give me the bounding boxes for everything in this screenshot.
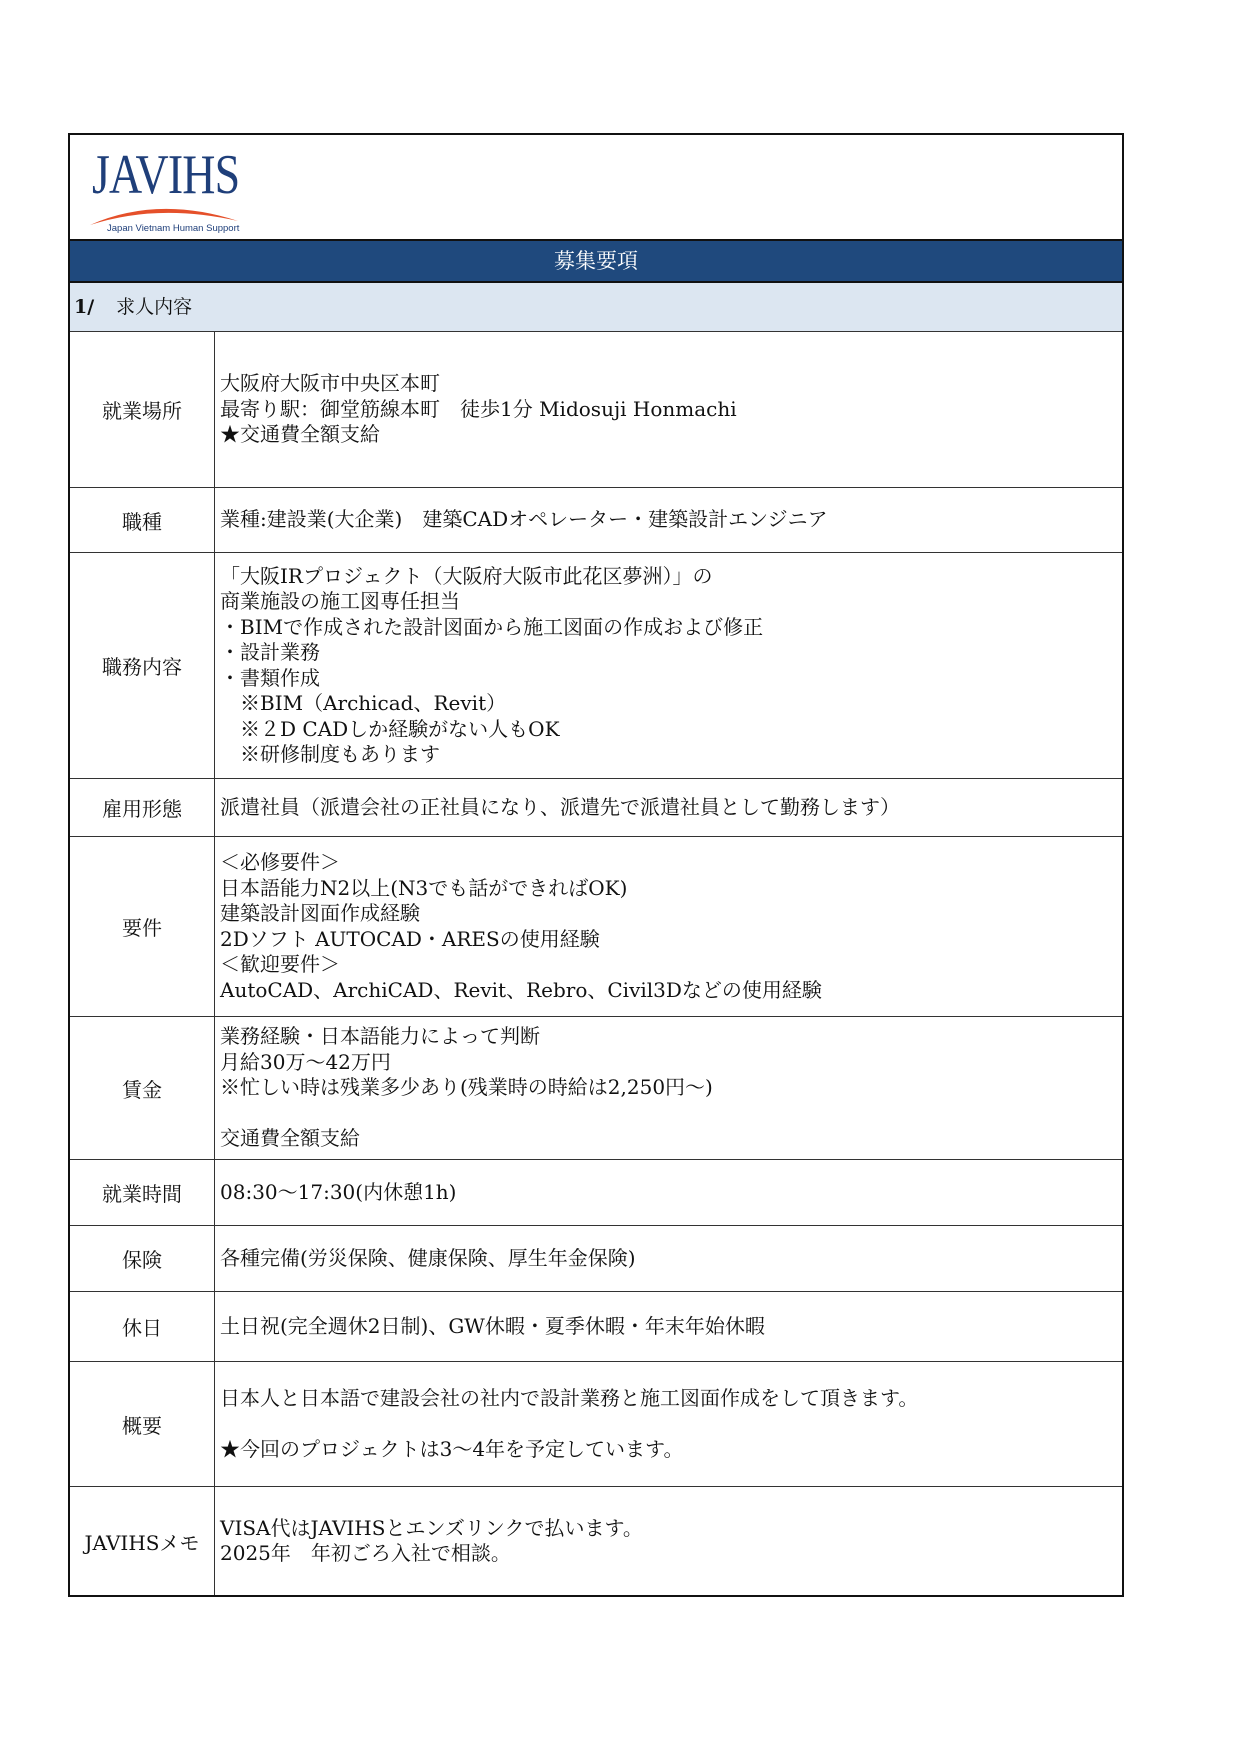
value-line: 08:30～17:30(内休憩1h): [220, 1180, 1122, 1206]
row-label: 休日: [70, 1292, 215, 1361]
logo-header: JAVIHS Japan Vietnam Human Support: [70, 135, 1122, 241]
row-label: 保険: [70, 1226, 215, 1291]
value-line: 業務経験・日本語能力によって判断: [220, 1024, 1122, 1050]
row-label: 要件: [70, 837, 215, 1016]
page-title: 募集要項: [70, 241, 1122, 283]
logo-wordmark: JAVIHS: [92, 143, 239, 207]
row-value: 土日祝(完全週休2日制)、GW休暇・夏季休暇・年末年始休暇: [215, 1292, 1122, 1361]
value-line: 各種完備(労災保険、健康保険、厚生年金保険): [220, 1246, 1122, 1272]
value-line: 商業施設の施工図専任担当: [220, 589, 1122, 615]
value-line: [220, 1101, 1122, 1127]
row-label: 就業場所: [70, 332, 215, 487]
job-posting-sheet: JAVIHS Japan Vietnam Human Support 募集要項 …: [68, 133, 1124, 1597]
row-label: 職務内容: [70, 553, 215, 778]
row-label: 職種: [70, 488, 215, 552]
logo-tagline: Japan Vietnam Human Support: [107, 223, 239, 234]
table-row: 休日土日祝(完全週休2日制)、GW休暇・夏季休暇・年末年始休暇: [70, 1292, 1122, 1362]
value-line: ・BIMで作成された設計図面から施工図面の作成および修正: [220, 615, 1122, 641]
value-line: 業種:建設業(大企業) 建築CADオペレーター・建築設計エンジニア: [220, 507, 1122, 533]
value-line: AutoCAD、ArchiCAD、Revit、Rebro、Civil3Dなどの使…: [220, 978, 1122, 1004]
section-title: 求人内容: [116, 296, 192, 318]
value-line: 交通費全額支給: [220, 1126, 1122, 1152]
value-line: 日本人と日本語で建設会社の社内で設計業務と施工図面作成をして頂きます。: [220, 1386, 1122, 1412]
value-line: 日本語能力N2以上(N3でも話ができればOK): [220, 876, 1122, 902]
table-row: 職務内容「大阪IRプロジェクト（大阪府大阪市此花区夢洲）」の商業施設の施工図専任…: [70, 553, 1122, 779]
table-row: 賃金業務経験・日本語能力によって判断月給30万～42万円※忙しい時は残業多少あり…: [70, 1017, 1122, 1160]
row-value: 派遣社員（派遣会社の正社員になり、派遣先で派遣社員として勤務します）: [215, 779, 1122, 836]
value-line: ※忙しい時は残業多少あり(残業時の時給は2,250円～): [220, 1075, 1122, 1101]
row-value: 業務経験・日本語能力によって判断月給30万～42万円※忙しい時は残業多少あり(残…: [215, 1017, 1122, 1159]
row-value: 日本人と日本語で建設会社の社内で設計業務と施工図面作成をして頂きます。★今回のプ…: [215, 1362, 1122, 1486]
value-line: ★交通費全額支給: [220, 422, 1122, 448]
table-row: 職種業種:建設業(大企業) 建築CADオペレーター・建築設計エンジニア: [70, 488, 1122, 553]
value-line: ※２D CADしか経験がない人もOK: [220, 717, 1122, 743]
value-line: 2Dソフト AUTOCAD・ARESの使用経験: [220, 927, 1122, 953]
table-row: 要件＜必修要件＞日本語能力N2以上(N3でも話ができればOK)建築設計図面作成経…: [70, 837, 1122, 1017]
row-label: 雇用形態: [70, 779, 215, 836]
value-line: ＜歓迎要件＞: [220, 952, 1122, 978]
value-line: ※BIM（Archicad、Revit）: [220, 691, 1122, 717]
value-line: ★今回のプロジェクトは3～4年を予定しています。: [220, 1437, 1122, 1463]
table-row: 概要日本人と日本語で建設会社の社内で設計業務と施工図面作成をして頂きます。★今回…: [70, 1362, 1122, 1487]
row-label: JAVIHSメモ: [70, 1487, 215, 1595]
value-line: 最寄り駅：御堂筋線本町 徒歩1分 Midosuji Honmachi: [220, 397, 1122, 423]
value-line: 「大阪IRプロジェクト（大阪府大阪市此花区夢洲）」の: [220, 564, 1122, 590]
row-value: 08:30～17:30(内休憩1h): [215, 1160, 1122, 1225]
value-line: 派遣社員（派遣会社の正社員になり、派遣先で派遣社員として勤務します）: [220, 795, 1122, 821]
table-row: JAVIHSメモVISA代はJAVIHSとエンズリンクで払います。2025年 年…: [70, 1487, 1122, 1595]
value-line: [220, 1411, 1122, 1437]
section-header: 1/求人内容: [70, 283, 1122, 332]
value-line: ※研修制度もあります: [220, 742, 1122, 768]
row-value: 「大阪IRプロジェクト（大阪府大阪市此花区夢洲）」の商業施設の施工図専任担当・B…: [215, 553, 1122, 778]
row-value: 各種完備(労災保険、健康保険、厚生年金保険): [215, 1226, 1122, 1291]
table-row: 雇用形態派遣社員（派遣会社の正社員になり、派遣先で派遣社員として勤務します）: [70, 779, 1122, 837]
value-line: ＜必修要件＞: [220, 850, 1122, 876]
table-row: 就業時間08:30～17:30(内休憩1h): [70, 1160, 1122, 1226]
table-row: 保険各種完備(労災保険、健康保険、厚生年金保険): [70, 1226, 1122, 1292]
row-value: 業種:建設業(大企業) 建築CADオペレーター・建築設計エンジニア: [215, 488, 1122, 552]
row-label: 概要: [70, 1362, 215, 1486]
row-label: 就業時間: [70, 1160, 215, 1225]
value-line: ・設計業務: [220, 640, 1122, 666]
details-table: 就業場所大阪府大阪市中央区本町最寄り駅：御堂筋線本町 徒歩1分 Midosuji…: [70, 332, 1122, 1595]
row-value: VISA代はJAVIHSとエンズリンクで払います。2025年 年初ごろ入社で相談…: [215, 1487, 1122, 1595]
value-line: 2025年 年初ごろ入社で相談。: [220, 1541, 1122, 1567]
value-line: 月給30万～42万円: [220, 1050, 1122, 1076]
value-line: 土日祝(完全週休2日制)、GW休暇・夏季休暇・年末年始休暇: [220, 1314, 1122, 1340]
value-line: 建築設計図面作成経験: [220, 901, 1122, 927]
value-line: 大阪府大阪市中央区本町: [220, 371, 1122, 397]
value-line: ・書類作成: [220, 666, 1122, 692]
value-line: VISA代はJAVIHSとエンズリンクで払います。: [220, 1516, 1122, 1542]
table-row: 就業場所大阪府大阪市中央区本町最寄り駅：御堂筋線本町 徒歩1分 Midosuji…: [70, 332, 1122, 488]
row-label: 賃金: [70, 1017, 215, 1159]
row-value: ＜必修要件＞日本語能力N2以上(N3でも話ができればOK)建築設計図面作成経験2…: [215, 837, 1122, 1016]
javihs-logo: JAVIHS Japan Vietnam Human Support: [88, 143, 248, 235]
section-number: 1/: [74, 296, 94, 318]
row-value: 大阪府大阪市中央区本町最寄り駅：御堂筋線本町 徒歩1分 Midosuji Hon…: [215, 332, 1122, 487]
